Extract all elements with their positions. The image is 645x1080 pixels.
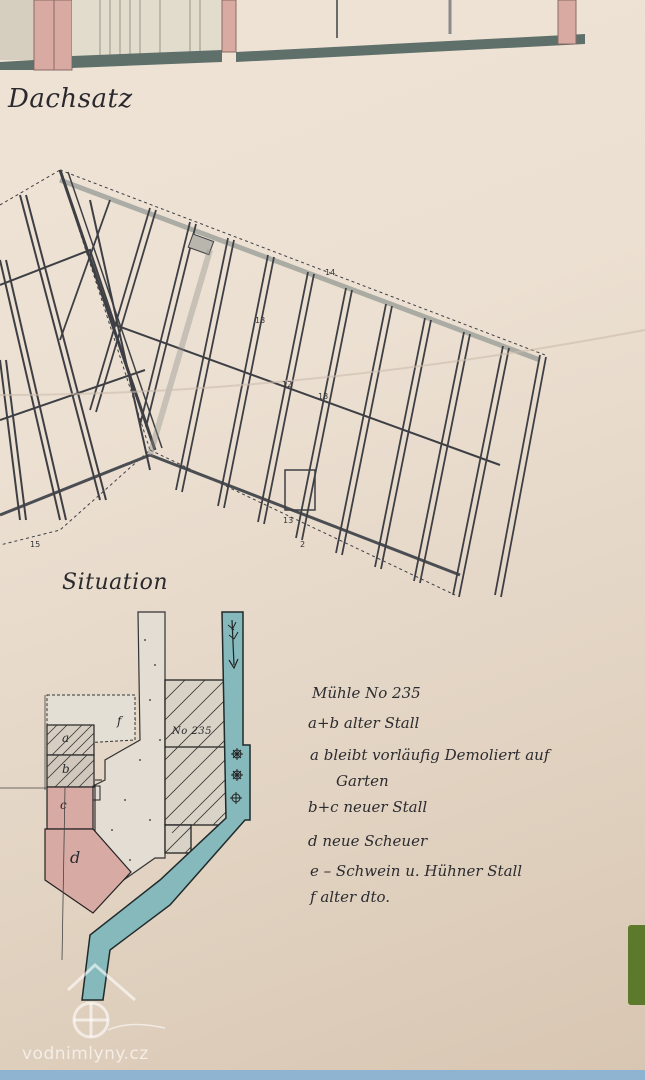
dimension-mark: 13 [255,316,265,325]
plot-label-c: c [60,798,67,812]
plot-label-b: b [62,762,70,776]
legend-line: a+b alter Stall [308,714,419,732]
building-number-label: No 235 [172,726,212,737]
legend-line: e – Schwein u. Hühner Stall [310,862,522,880]
site-plan [0,612,250,1000]
legend-line: Mühle No 235 [312,684,421,702]
plot-label-f: f [117,714,122,728]
legend-line: d neue Scheuer [308,832,427,850]
roof-plan-title: Dachsatz [8,84,133,114]
dimension-mark: 12 [282,380,292,389]
scanned-plan-page: Dachsatz Situation 14 13 15 12 13 13 2 N… [0,0,645,1080]
watermark-text: vodnimlyny.cz [22,1044,149,1064]
legend-line: f alter dto. [310,888,390,906]
legend-line: a bleibt vorläufig Demoliert auf [310,746,549,764]
bottom-edge-strip [0,1070,645,1080]
dimension-mark: 13 [318,392,328,401]
elevation-fragment [0,0,585,70]
dimension-mark: 13 [283,516,293,525]
watermark-logo [68,965,165,1037]
legend-line: Garten [336,772,389,790]
site-plan-title: Situation [62,570,168,595]
green-edge-marker [628,925,645,1005]
dimension-mark: 2 [300,540,305,549]
plot-label-a: a [62,731,70,745]
plan-drawing [0,0,645,1080]
plot-label-d: d [70,848,81,867]
legend-line: b+c neuer Stall [308,798,427,816]
dimension-mark: 15 [30,540,40,549]
dimension-mark: 14 [325,268,335,277]
roof-framing [0,170,546,597]
